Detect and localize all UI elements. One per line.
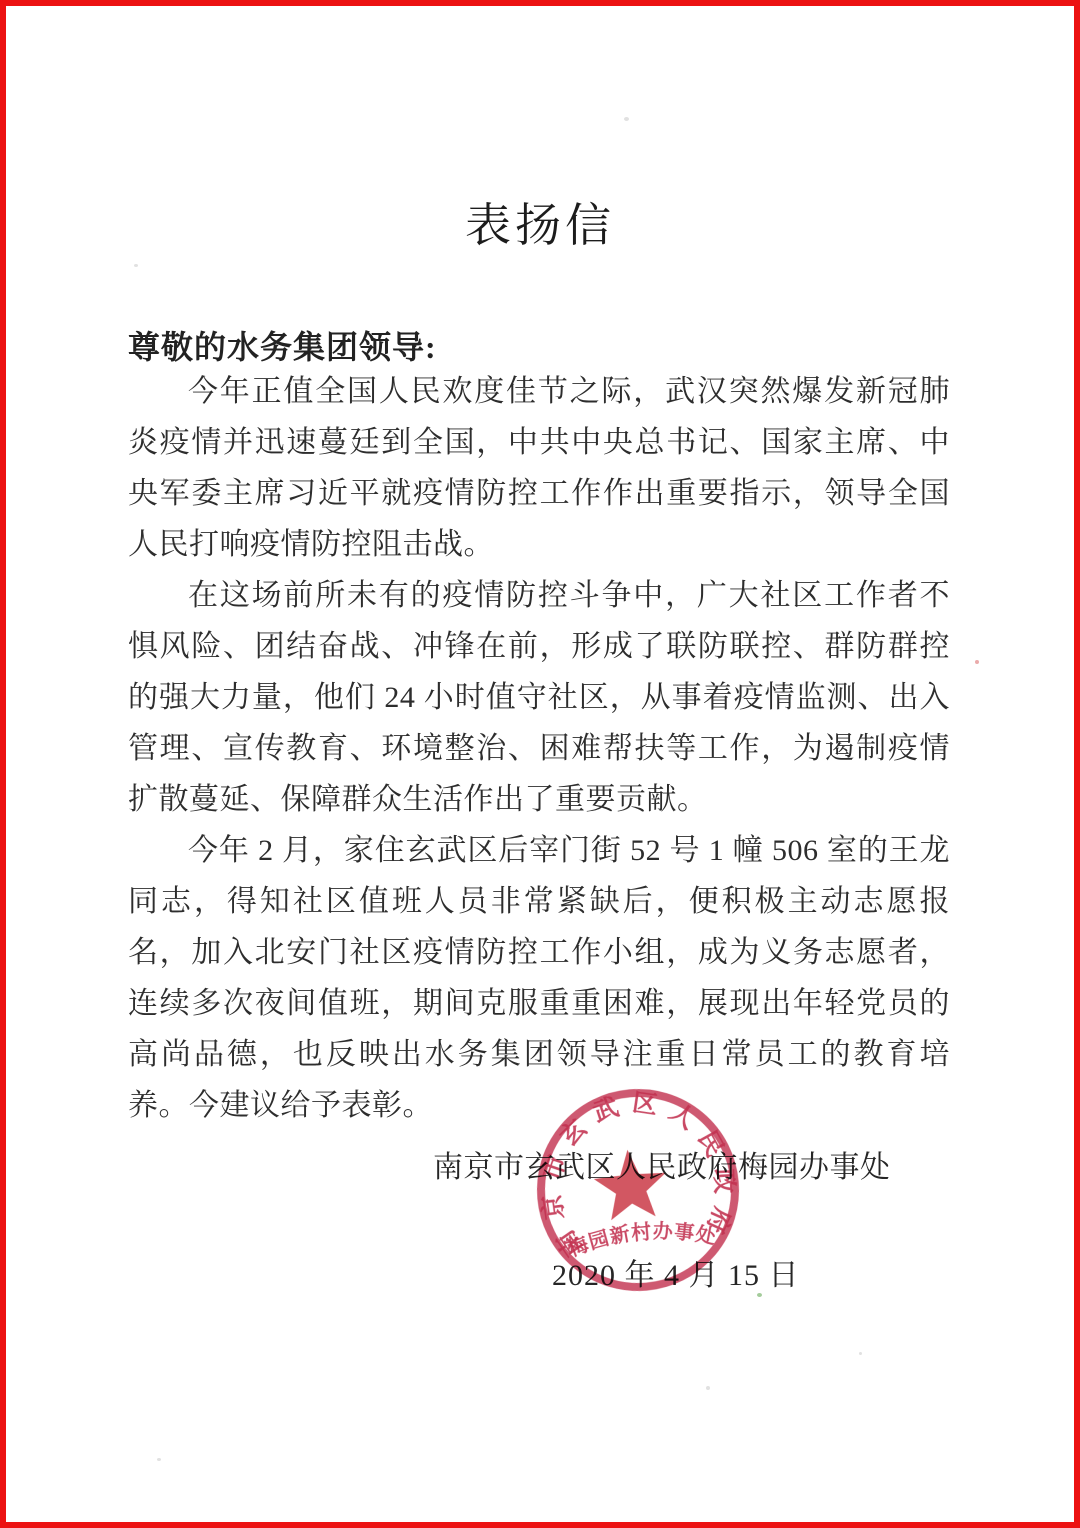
scan-speck [134,264,138,267]
scan-speck [706,1386,710,1390]
scan-speck [157,1458,161,1461]
letter-body: 今年正值全国人民欢度佳节之际，武汉突然爆发新冠肺炎疫情并迅速蔓廷到全国，中共中央… [128,366,950,1131]
letter-salutation: 尊敬的水务集团领导: [128,322,437,368]
letter-page: 表扬信 尊敬的水务集团领导: 今年正值全国人民欢度佳节之际，武汉突然爆发新冠肺炎… [0,0,1080,1528]
signature-line: 南京市玄武区人民政府梅园办事处 [433,1142,891,1186]
scan-speck [624,117,629,121]
paragraph-2: 在这场前所未有的疫情防控斗争中，广大社区工作者不惧风险、团结奋战、冲锋在前，形成… [128,570,950,825]
scan-speck [975,660,979,664]
letter-title: 表扬信 [6,189,1074,255]
paragraph-3: 今年 2 月，家住玄武区后宰门街 52 号 1 幢 506 室的王龙同志，得知社… [128,825,950,1131]
date-line: 2020 年 4 月 15 日 [552,1250,800,1294]
paragraph-1: 今年正值全国人民欢度佳节之际，武汉突然爆发新冠肺炎疫情并迅速蔓廷到全国，中共中央… [128,366,950,570]
scan-speck [859,1352,862,1355]
